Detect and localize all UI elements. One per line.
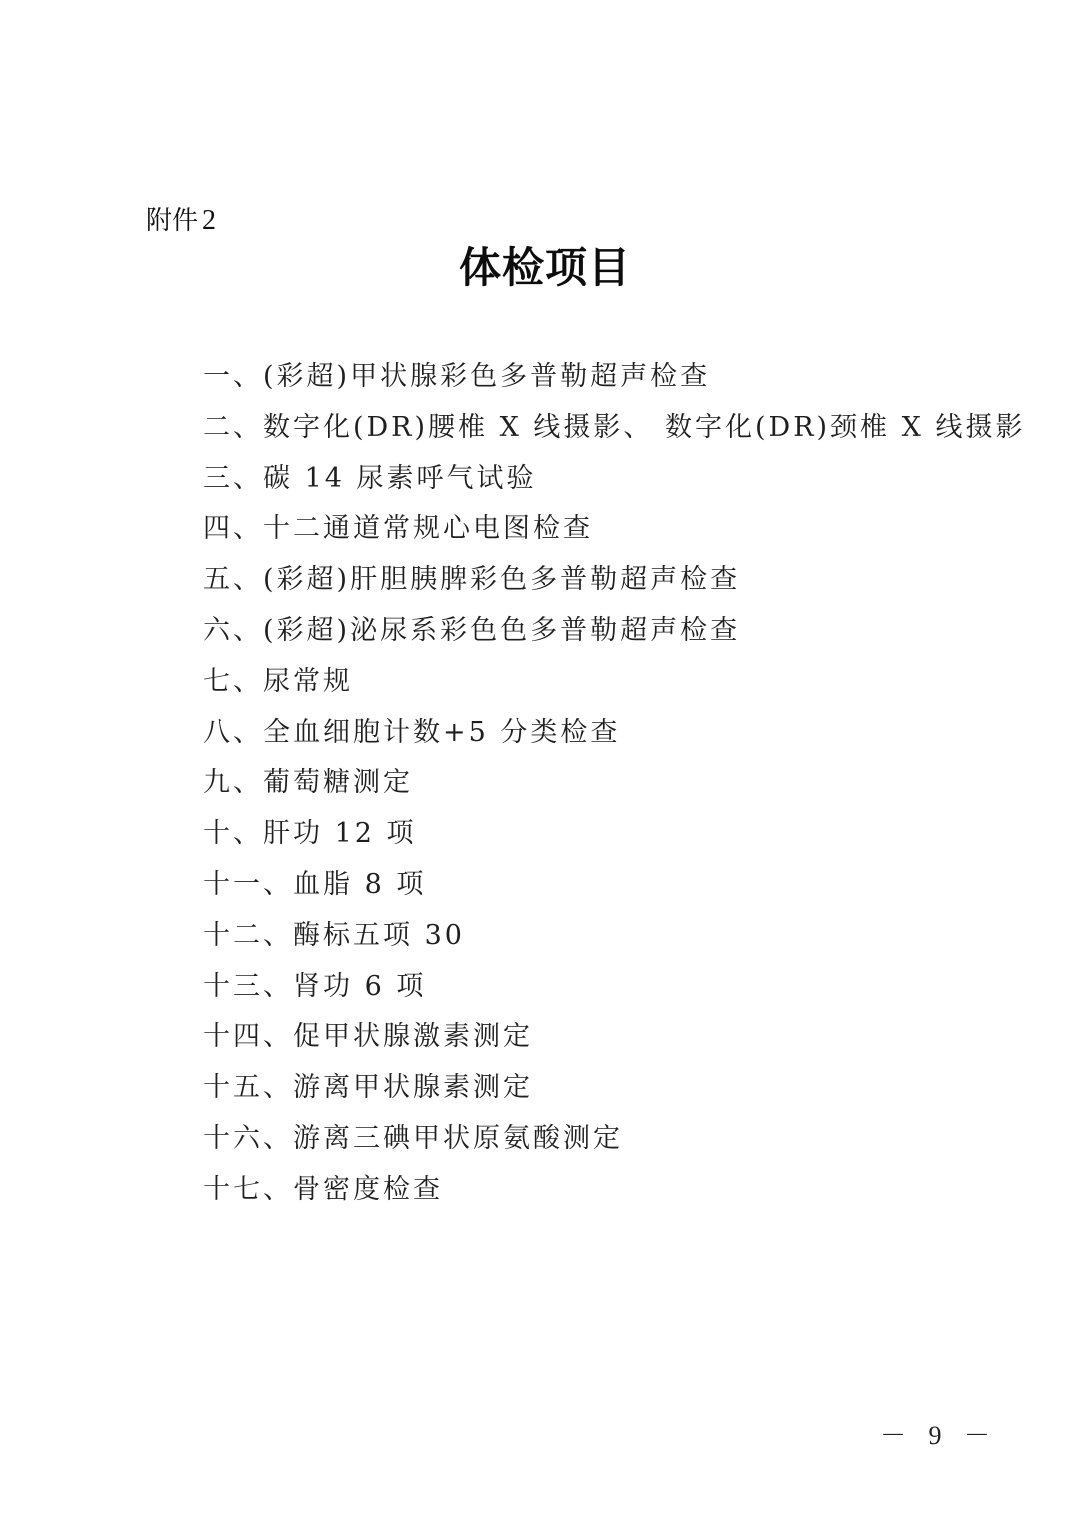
attachment-label-text: 附件 [146,206,198,236]
page-title: 体检项目 [0,240,1080,296]
item-text: 肝功 12 项 [263,818,417,849]
list-item: 三、碳 14 尿素呼气试验 [203,454,1025,505]
list-item: 一、(彩超)甲状腺彩色多普勒超声检查 [203,352,1025,403]
item-text: 全血细胞计数+5 分类检查 [263,717,620,748]
list-item: 十四、促甲状腺激素测定 [203,1012,1025,1063]
item-index: 一、 [203,361,263,392]
item-index: 十六、 [203,1123,293,1154]
item-index: 六、 [203,615,263,646]
item-text: 血脂 8 项 [293,869,426,900]
item-index: 九、 [203,767,263,798]
item-index: 十、 [203,818,263,849]
item-text: 十二通道常规心电图检查 [263,513,593,544]
list-item: 十、肝功 12 项 [203,809,1025,860]
item-text: (彩超)肝胆胰脾彩色多普勒超声检查 [263,564,740,595]
attachment-label: 附件2 [146,203,216,239]
item-index: 八、 [203,717,263,748]
list-item: 五、(彩超)肝胆胰脾彩色多普勒超声检查 [203,555,1025,606]
item-text: 游离甲状腺素测定 [293,1072,533,1103]
list-item: 十二、酶标五项 30 [203,911,1025,962]
item-text: 促甲状腺激素测定 [293,1021,533,1052]
list-item: 八、全血细胞计数+5 分类检查 [203,708,1025,759]
page-number: － 9 － [880,1418,998,1454]
item-text: 骨密度检查 [293,1174,443,1205]
item-index: 二、 [203,412,263,443]
list-item: 二、数字化(DR)腰椎 X 线摄影、 数字化(DR)颈椎 X 线摄影 [203,403,1025,454]
item-index: 三、 [203,463,263,494]
item-index: 五、 [203,564,263,595]
attachment-number: 2 [202,205,216,236]
item-index: 十一、 [203,869,293,900]
list-item: 九、葡萄糖测定 [203,758,1025,809]
list-item: 十五、游离甲状腺素测定 [203,1063,1025,1114]
list-item: 六、(彩超)泌尿系彩色色多普勒超声检查 [203,606,1025,657]
list-item: 十七、骨密度检查 [203,1165,1025,1216]
item-text: 尿常规 [263,666,353,697]
exam-items-list: 一、(彩超)甲状腺彩色多普勒超声检查 二、数字化(DR)腰椎 X 线摄影、 数字… [203,352,1025,1216]
item-index: 十二、 [203,920,293,951]
item-text: 肾功 6 项 [293,971,426,1002]
item-text: 数字化(DR)腰椎 X 线摄影、 数字化(DR)颈椎 X 线摄影 [263,412,1025,443]
list-item: 十三、肾功 6 项 [203,962,1025,1013]
list-item: 七、尿常规 [203,657,1025,708]
item-text: 葡萄糖测定 [263,767,413,798]
item-text: 酶标五项 30 [293,920,465,951]
item-index: 七、 [203,666,263,697]
item-text: (彩超)泌尿系彩色色多普勒超声检查 [263,615,740,646]
list-item: 十六、游离三碘甲状原氨酸测定 [203,1114,1025,1165]
item-text: 游离三碘甲状原氨酸测定 [293,1123,623,1154]
item-index: 十五、 [203,1072,293,1103]
item-text: (彩超)甲状腺彩色多普勒超声检查 [263,361,710,392]
item-index: 十七、 [203,1174,293,1205]
item-index: 十四、 [203,1021,293,1052]
list-item: 四、十二通道常规心电图检查 [203,504,1025,555]
list-item: 十一、血脂 8 项 [203,860,1025,911]
item-index: 四、 [203,513,263,544]
item-index: 十三、 [203,971,293,1002]
item-text: 碳 14 尿素呼气试验 [263,463,537,494]
